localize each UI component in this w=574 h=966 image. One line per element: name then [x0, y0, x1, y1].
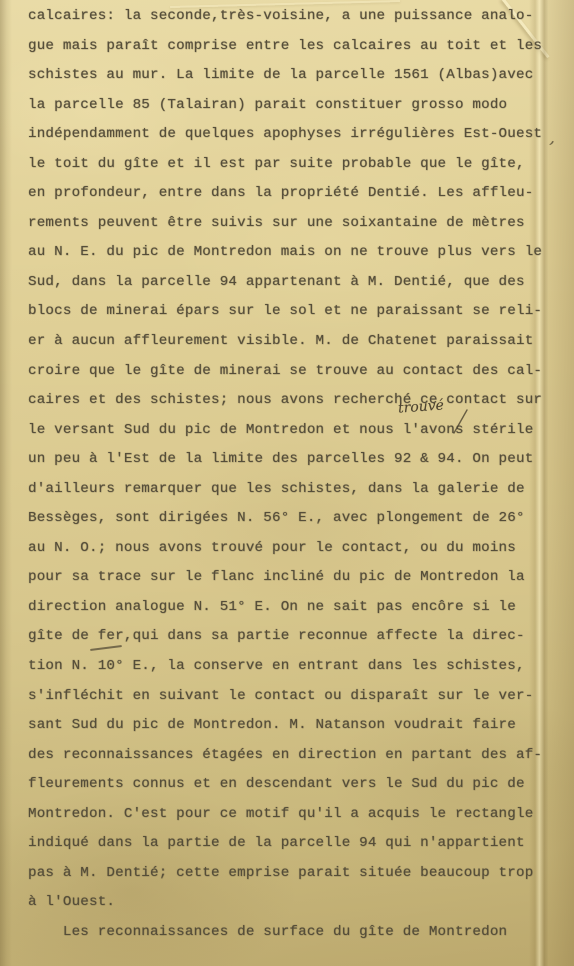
- text-line: pas à M. Dentié; cette emprise parait si…: [28, 859, 548, 889]
- text-line: Sud, dans la parcelle 94 appartenant à M…: [28, 268, 548, 298]
- text-line: gue mais paraît comprise entre les calca…: [28, 32, 548, 62]
- text-line: à l'Ouest.: [28, 888, 548, 918]
- text-line: tion N. 10° E., la conserve en entrant d…: [28, 652, 548, 682]
- text-line: Montredon. C'est pour ce motif qu'il a a…: [28, 800, 548, 830]
- text-line: calcaires: la seconde,très-voisine, a un…: [28, 2, 548, 32]
- text-line: d'ailleurs remarquer que les schistes, d…: [28, 475, 548, 505]
- text-line: sant Sud du pic de Montredon. M. Natanso…: [28, 711, 548, 741]
- text-line: rements peuvent être suivis sur une soix…: [28, 209, 548, 239]
- text-line: er à aucun affleurement visible. M. de C…: [28, 327, 548, 357]
- text-line: en profondeur, entre dans la propriété D…: [28, 179, 548, 209]
- text-line: s'infléchit en suivant le contact ou dis…: [28, 682, 548, 712]
- text-line: indiqué dans la partie de la parcelle 94…: [28, 829, 548, 859]
- handwritten-insertion-trouve: trouvé: [397, 397, 444, 416]
- manuscript-page: calcaires: la seconde,très-voisine, a un…: [0, 0, 574, 966]
- text-line: direction analogue N. 51° E. On ne sait …: [28, 593, 548, 623]
- insertion-caret-icon: [451, 408, 471, 436]
- text-line: le toit du gîte et il est par suite prob…: [28, 150, 548, 180]
- paper-edge-left: [0, 0, 12, 966]
- text-line: Les reconnaissances de surface du gîte d…: [28, 918, 548, 948]
- text-line: blocs de minerai épars sur le sol et ne …: [28, 297, 548, 327]
- text-line: croire que le gîte de minerai se trouve …: [28, 357, 548, 387]
- typewritten-text-block: calcaires: la seconde,très-voisine, a un…: [28, 2, 548, 948]
- text-line: un peu à l'Est de la limite des parcelle…: [28, 445, 548, 475]
- text-line: indépendamment de quelques apophyses irr…: [28, 120, 548, 150]
- text-line: fleurements connus et en descendant vers…: [28, 770, 548, 800]
- text-line: schistes au mur. La limite de la parcell…: [28, 61, 548, 91]
- text-line: des reconnaissances étagées en direction…: [28, 741, 548, 771]
- text-line: au N. O.; nous avons trouvé pour le cont…: [28, 534, 548, 564]
- text-line: la parcelle 85 (Talairan) parait constit…: [28, 91, 548, 121]
- text-line: Bessèges, sont dirigées N. 56° E., avec …: [28, 504, 548, 534]
- handwritten-comma-mark: ,: [549, 128, 557, 149]
- text-line: pour sa trace sur le flanc incliné du pi…: [28, 563, 548, 593]
- text-line: au N. E. du pic de Montredon mais on ne …: [28, 238, 548, 268]
